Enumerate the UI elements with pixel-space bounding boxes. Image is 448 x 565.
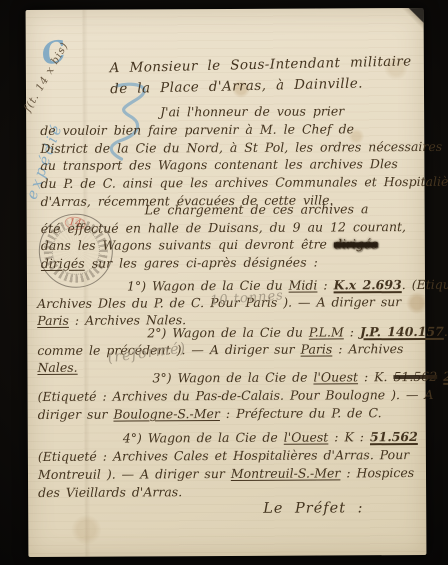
paragraph-loading-details: Le chargement de ces archives a été effe… bbox=[41, 200, 407, 272]
text-line: dans les Wagons suivants qui devront êtr… bbox=[41, 235, 406, 254]
text-segment: : bbox=[344, 324, 360, 339]
wagon-item-4: 4°) Wagon de la Cie de l'Ouest : K : 51.… bbox=[38, 428, 418, 502]
text-line: 2°) Wagon de la Cie du P.L.M : J.P. 140.… bbox=[37, 322, 448, 341]
letter-text-layer: A Monsieur le Sous-Intendant militaire d… bbox=[26, 8, 427, 557]
crossed-out-number: 51.562 bbox=[393, 369, 437, 384]
text-segment: dans les Wagons suivants qui devront êtr… bbox=[41, 236, 334, 253]
text-segment: : K : bbox=[328, 429, 370, 444]
corrected-wagon-number: 23.786 bbox=[443, 369, 448, 384]
paragraph-transport-request: J'ai l'honneur de vous prier de vouloir … bbox=[40, 102, 448, 211]
text-segment: 4°) Wagon de la Cie de bbox=[123, 430, 284, 446]
text-segment: : Hospices bbox=[340, 465, 414, 480]
signature-line: Le Préfet : bbox=[263, 500, 363, 517]
text-segment: : Préfecture du P. de C. bbox=[220, 405, 382, 421]
scan-background: 14 C f(t. 14 x bis) expédié 10 tonnes (r… bbox=[0, 0, 448, 565]
company-name: l'Ouest bbox=[284, 429, 329, 444]
destination-city: Boulogne-S.-Mer bbox=[113, 406, 220, 422]
text-line: Le chargement de ces archives a bbox=[41, 200, 406, 219]
text-line: de vouloir bien faire parvenir à M. le C… bbox=[40, 120, 448, 140]
address-block: A Monsieur le Sous-Intendant militaire d… bbox=[109, 51, 412, 100]
text-line: District de la Cie du Nord, à St Pol, le… bbox=[40, 137, 448, 157]
company-name: Midi bbox=[289, 278, 318, 293]
text-line: 4°) Wagon de la Cie de l'Ouest : K : 51.… bbox=[38, 428, 418, 448]
wagon-number: J.P. 140.157 bbox=[360, 324, 444, 339]
text-line: dirigés sur les gares ci-après désignées… bbox=[41, 253, 406, 272]
text-segment: 2°) Wagon de la Cie du bbox=[147, 325, 309, 341]
text-line: 3°) Wagon de la Cie de l'Ouest : K. 51.5… bbox=[37, 368, 448, 388]
destination-city: Paris bbox=[301, 341, 333, 356]
text-line: diriger sur Boulogne-S.-Mer : Préfecture… bbox=[38, 404, 448, 424]
text-segment: : Archives bbox=[332, 341, 403, 356]
text-segment: Montreuil ). — A diriger sur bbox=[38, 466, 231, 482]
text-segment: . (Etiqueté bbox=[402, 277, 448, 292]
underlined-word: dirigés bbox=[41, 255, 85, 270]
text-segment: diriger sur bbox=[38, 407, 114, 422]
wagon-item-3: 3°) Wagon de la Cie de l'Ouest : K. 51.5… bbox=[37, 368, 448, 424]
text-segment: : K. bbox=[358, 369, 394, 384]
text-segment: 3°) Wagon de la Cie de bbox=[152, 370, 313, 386]
text-segment: sur les gares ci-après désignées : bbox=[85, 254, 318, 270]
destination-city: Montreuil-S.-Mer bbox=[231, 465, 341, 481]
text-line: Montreuil ). — A diriger sur Montreuil-S… bbox=[38, 464, 418, 484]
text-line: été effectué en halle de Duisans, du 9 a… bbox=[41, 218, 406, 237]
text-line: des Vieillards d'Arras. bbox=[38, 482, 418, 502]
text-segment: . (Etiqueté bbox=[444, 323, 448, 338]
wagon-number: K.x 2.693 bbox=[334, 277, 402, 292]
text-line: du P. de C. ainsi que les archives Commu… bbox=[40, 173, 448, 193]
text-line: comme le précédent ). — A diriger sur Pa… bbox=[37, 339, 448, 358]
letter-page: 14 C f(t. 14 x bis) expédié 10 tonnes (r… bbox=[26, 8, 427, 557]
crossed-out-word: dirigés bbox=[334, 236, 378, 251]
company-name: P.L.M bbox=[309, 324, 344, 339]
text-line: (Etiqueté : Archives Cales et Hospitaliè… bbox=[38, 446, 418, 466]
text-segment: : bbox=[317, 277, 333, 292]
text-line: au transport des Wagons contenant les ar… bbox=[40, 155, 448, 175]
text-line: (Etiqueté : Archives du Pas-de-Calais. P… bbox=[38, 386, 448, 406]
wagon-number: 51.562 bbox=[370, 429, 418, 444]
company-name: l'Ouest bbox=[313, 369, 358, 384]
text-line: J'ai l'honneur de vous prier bbox=[40, 102, 448, 122]
